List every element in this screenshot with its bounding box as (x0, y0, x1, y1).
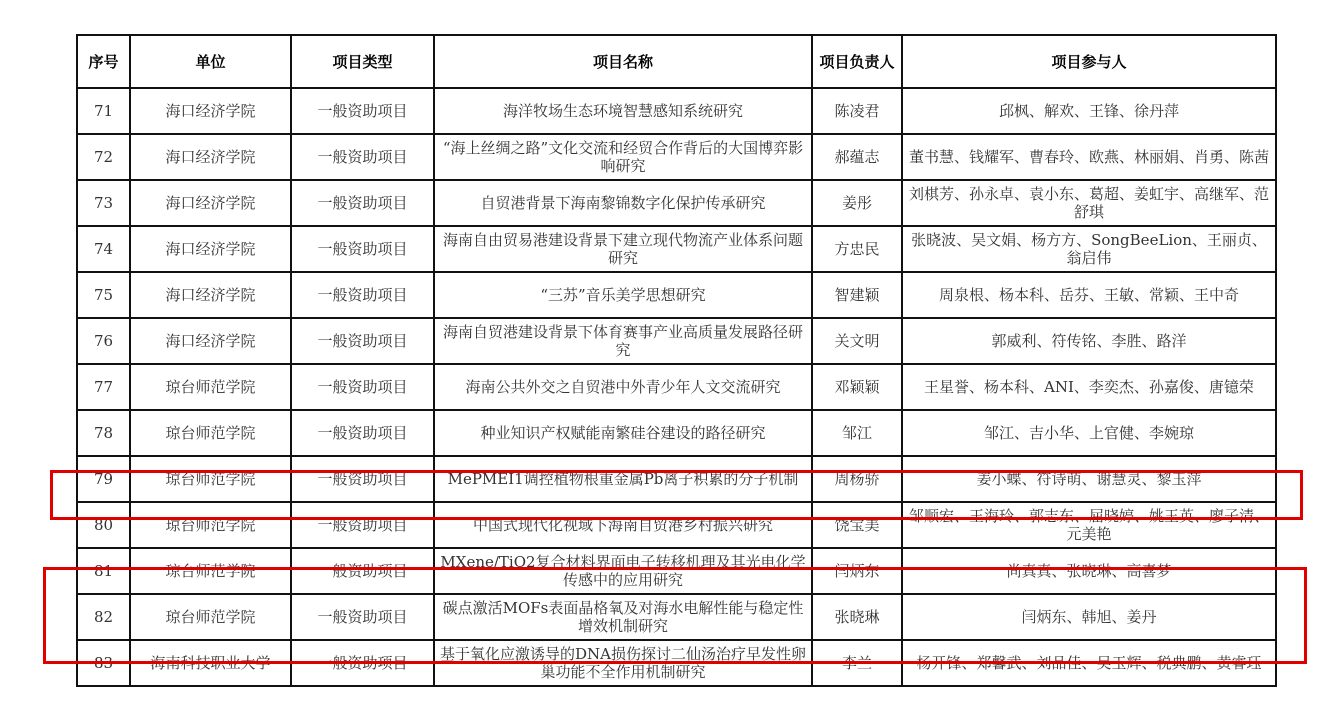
cell-project-name: 海南自由贸易港建设背景下建立现代物流产业体系问题研究 (434, 226, 812, 272)
cell-leader: 方忠民 (812, 226, 902, 272)
cell-unit: 琼台师范学院 (130, 456, 291, 502)
cell-leader: 邹江 (812, 410, 902, 456)
cell-unit: 海口经济学院 (130, 134, 291, 180)
cell-type: 一般资助项目 (291, 134, 434, 180)
table-row: 76海口经济学院一般资助项目海南自贸港建设背景下体育赛事产业高质量发展路径研究关… (77, 318, 1276, 364)
cell-project-name: 基于氧化应激诱导的DNA损伤探讨二仙汤治疗早发性卵巢功能不全作用机制研究 (434, 640, 812, 686)
cell-index: 83 (77, 640, 130, 686)
cell-members: 尚真真、张晓琳、高喜梦 (902, 548, 1276, 594)
cell-members: 王星誉、杨本科、ANI、李奕杰、孙嘉俊、唐镱荣 (902, 364, 1276, 410)
cell-project-name: 自贸港背景下海南黎锦数字化保护传承研究 (434, 180, 812, 226)
header-type: 项目类型 (291, 35, 434, 88)
cell-type: 一般资助项目 (291, 502, 434, 548)
cell-index: 75 (77, 272, 130, 318)
cell-members: 董书慧、钱耀军、曹春玲、欧燕、林丽娟、肖勇、陈茜 (902, 134, 1276, 180)
table-row: 74海口经济学院一般资助项目海南自由贸易港建设背景下建立现代物流产业体系问题研究… (77, 226, 1276, 272)
cell-members: 邹江、吉小华、上官健、李婉琼 (902, 410, 1276, 456)
cell-unit: 海南科技职业大学 (130, 640, 291, 686)
cell-unit: 琼台师范学院 (130, 548, 291, 594)
table-row: 75海口经济学院一般资助项目“三苏”音乐美学思想研究智建颖周泉根、杨本科、岳芬、… (77, 272, 1276, 318)
cell-members: 邹顺宏、王海玲、郭志东、屈晓婷、姚玉英、廖子清、元美艳 (902, 502, 1276, 548)
cell-members: 姜小蝶、符诗萌、谢慧灵、黎玉萍 (902, 456, 1276, 502)
cell-members: 邱枫、解欢、王锋、徐丹萍 (902, 88, 1276, 134)
header-project-name: 项目名称 (434, 35, 812, 88)
projects-table: 序号 单位 项目类型 项目名称 项目负责人 项目参与人 71海口经济学院一般资助… (76, 34, 1277, 687)
table-row: 80琼台师范学院一般资助项目中国式现代化视域下海南自贸港乡村振兴研究饶宝美邹顺宏… (77, 502, 1276, 548)
header-members: 项目参与人 (902, 35, 1276, 88)
cell-project-name: “海上丝绸之路”文化交流和经贸合作背后的大国博弈影响研究 (434, 134, 812, 180)
cell-index: 77 (77, 364, 130, 410)
cell-leader: 张晓琳 (812, 594, 902, 640)
cell-type: 一般资助项目 (291, 88, 434, 134)
cell-leader: 饶宝美 (812, 502, 902, 548)
table-header-row: 序号 单位 项目类型 项目名称 项目负责人 项目参与人 (77, 35, 1276, 88)
cell-unit: 海口经济学院 (130, 272, 291, 318)
cell-members: 杨开锋、郑馨武、刘品佳、吴玉辉、税典鹏、黄睿珏 (902, 640, 1276, 686)
cell-type: 一般资助项目 (291, 456, 434, 502)
table-row: 83海南科技职业大学一般资助项目基于氧化应激诱导的DNA损伤探讨二仙汤治疗早发性… (77, 640, 1276, 686)
cell-leader: 智建颖 (812, 272, 902, 318)
cell-type: 一般资助项目 (291, 364, 434, 410)
cell-leader: 邓颖颖 (812, 364, 902, 410)
cell-index: 82 (77, 594, 130, 640)
cell-members: 周泉根、杨本科、岳芬、王敏、常颖、王中奇 (902, 272, 1276, 318)
table-row: 78琼台师范学院一般资助项目种业知识产权赋能南繁硅谷建设的路径研究邹江邹江、吉小… (77, 410, 1276, 456)
cell-index: 80 (77, 502, 130, 548)
cell-leader: 关文明 (812, 318, 902, 364)
header-index: 序号 (77, 35, 130, 88)
cell-leader: 李兰 (812, 640, 902, 686)
cell-type: 一般资助项目 (291, 410, 434, 456)
cell-members: 闫炳东、韩旭、姜丹 (902, 594, 1276, 640)
cell-project-name: MePMEI1调控植物根重金属Pb离子积累的分子机制 (434, 456, 812, 502)
cell-unit: 琼台师范学院 (130, 594, 291, 640)
table-row: 79琼台师范学院一般资助项目MePMEI1调控植物根重金属Pb离子积累的分子机制… (77, 456, 1276, 502)
cell-unit: 海口经济学院 (130, 180, 291, 226)
header-leader: 项目负责人 (812, 35, 902, 88)
cell-index: 81 (77, 548, 130, 594)
cell-type: 一般资助项目 (291, 226, 434, 272)
cell-project-name: 种业知识产权赋能南繁硅谷建设的路径研究 (434, 410, 812, 456)
cell-project-name: 海洋牧场生态环境智慧感知系统研究 (434, 88, 812, 134)
cell-type: 一般资助项目 (291, 318, 434, 364)
cell-project-name: MXene/TiO2复合材料界面电子转移机理及其光电化学传感中的应用研究 (434, 548, 812, 594)
cell-unit: 海口经济学院 (130, 226, 291, 272)
cell-index: 74 (77, 226, 130, 272)
cell-type: 一般资助项目 (291, 272, 434, 318)
cell-leader: 周杨骄 (812, 456, 902, 502)
cell-unit: 海口经济学院 (130, 88, 291, 134)
cell-index: 73 (77, 180, 130, 226)
cell-index: 71 (77, 88, 130, 134)
header-unit: 单位 (130, 35, 291, 88)
cell-members: 郭威利、符传铭、李胜、路洋 (902, 318, 1276, 364)
table-row: 72海口经济学院一般资助项目“海上丝绸之路”文化交流和经贸合作背后的大国博弈影响… (77, 134, 1276, 180)
table-row: 82琼台师范学院一般资助项目碳点激活MOFs表面晶格氧及对海水电解性能与稳定性增… (77, 594, 1276, 640)
table-row: 81琼台师范学院一般资助项目MXene/TiO2复合材料界面电子转移机理及其光电… (77, 548, 1276, 594)
cell-index: 72 (77, 134, 130, 180)
cell-project-name: “三苏”音乐美学思想研究 (434, 272, 812, 318)
cell-type: 一般资助项目 (291, 548, 434, 594)
cell-unit: 海口经济学院 (130, 318, 291, 364)
cell-project-name: 海南公共外交之自贸港中外青少年人文交流研究 (434, 364, 812, 410)
cell-leader: 闫炳东 (812, 548, 902, 594)
cell-index: 76 (77, 318, 130, 364)
cell-index: 78 (77, 410, 130, 456)
cell-members: 张晓波、吴文娟、杨方方、SongBeeLion、王丽贞、翁启伟 (902, 226, 1276, 272)
table-row: 77琼台师范学院一般资助项目海南公共外交之自贸港中外青少年人文交流研究邓颖颖王星… (77, 364, 1276, 410)
cell-type: 一般资助项目 (291, 180, 434, 226)
cell-type: 一般资助项目 (291, 594, 434, 640)
cell-unit: 琼台师范学院 (130, 410, 291, 456)
cell-project-name: 海南自贸港建设背景下体育赛事产业高质量发展路径研究 (434, 318, 812, 364)
cell-leader: 陈凌君 (812, 88, 902, 134)
cell-type: 一般资助项目 (291, 640, 434, 686)
cell-project-name: 中国式现代化视域下海南自贸港乡村振兴研究 (434, 502, 812, 548)
cell-unit: 琼台师范学院 (130, 502, 291, 548)
table-row: 73海口经济学院一般资助项目自贸港背景下海南黎锦数字化保护传承研究姜彤刘棋芳、孙… (77, 180, 1276, 226)
cell-leader: 郝蕴志 (812, 134, 902, 180)
cell-unit: 琼台师范学院 (130, 364, 291, 410)
cell-leader: 姜彤 (812, 180, 902, 226)
cell-members: 刘棋芳、孙永卓、袁小东、葛超、姜虹宇、高继军、范舒琪 (902, 180, 1276, 226)
cell-index: 79 (77, 456, 130, 502)
table-row: 71海口经济学院一般资助项目海洋牧场生态环境智慧感知系统研究陈凌君邱枫、解欢、王… (77, 88, 1276, 134)
cell-project-name: 碳点激活MOFs表面晶格氧及对海水电解性能与稳定性增效机制研究 (434, 594, 812, 640)
